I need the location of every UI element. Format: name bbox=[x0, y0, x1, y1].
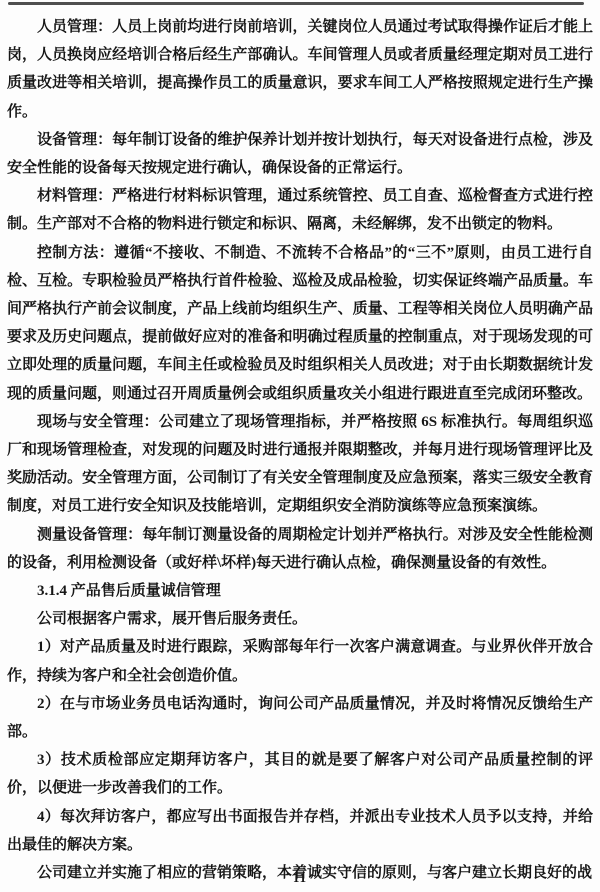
paragraph-personnel-management: 人员管理：人员上岗前均进行岗前培训，关键岗位人员通过考试取得操作证后才能上岗，人… bbox=[7, 13, 593, 126]
list-item-1: 1）对产品质量及时进行跟踪，采购部每年行一次客户满意调查。与业界伙伴开放合作，持… bbox=[7, 633, 593, 689]
paragraph-control-methods: 控制方法：遵循“不接收、不制造、不流转不合格品”的“三不”原则，由员工进行自检、… bbox=[7, 239, 593, 408]
page-top-rule bbox=[8, 2, 584, 5]
paragraph-after-sales-intro: 公司根据客户需求，展开售后服务责任。 bbox=[7, 605, 593, 633]
list-item-2: 2）在与市场业务员电话沟通时，询问公司产品质量情况，并及时将情况反馈给生产部。 bbox=[7, 690, 593, 746]
paragraph-equipment-management: 设备管理：每年制订设备的维护保养计划并按计划执行，每天对设备进行点检，涉及安全性… bbox=[7, 126, 593, 182]
paragraph-material-management: 材料管理：严格进行材料标识管理，通过系统管控、员工自查、巡检督查方式进行控制。生… bbox=[7, 182, 593, 238]
paragraph-measuring-equipment-management: 测量设备管理：每年制订测量设备的周期检定计划并严格执行。对涉及安全性能检测的设备… bbox=[7, 521, 593, 577]
list-item-4: 4）每次拜访客户，都应写出书面报告并存档，并派出专业技术人员予以支持，并给出最佳… bbox=[7, 803, 593, 859]
document-body: 人员管理：人员上岗前均进行岗前培训，关键岗位人员通过考试取得操作证后才能上岗，人… bbox=[7, 13, 593, 887]
section-heading-3-1-4: 3.1.4 产品售后质量诚信管理 bbox=[7, 577, 593, 605]
document-page: 人员管理：人员上岗前均进行岗前培训，关键岗位人员通过考试取得操作证后才能上岗，人… bbox=[0, 0, 600, 892]
paragraph-site-and-safety-management: 现场与安全管理：公司建立了现场管理指标，并严格按照 6S 标准执行。每周组织巡厂… bbox=[7, 408, 593, 521]
list-item-3: 3）技术质检部应定期拜访客户，其目的就是要了解客户对公司产品质量控制的评价，以便… bbox=[7, 746, 593, 802]
page-number: 11 bbox=[0, 870, 600, 886]
